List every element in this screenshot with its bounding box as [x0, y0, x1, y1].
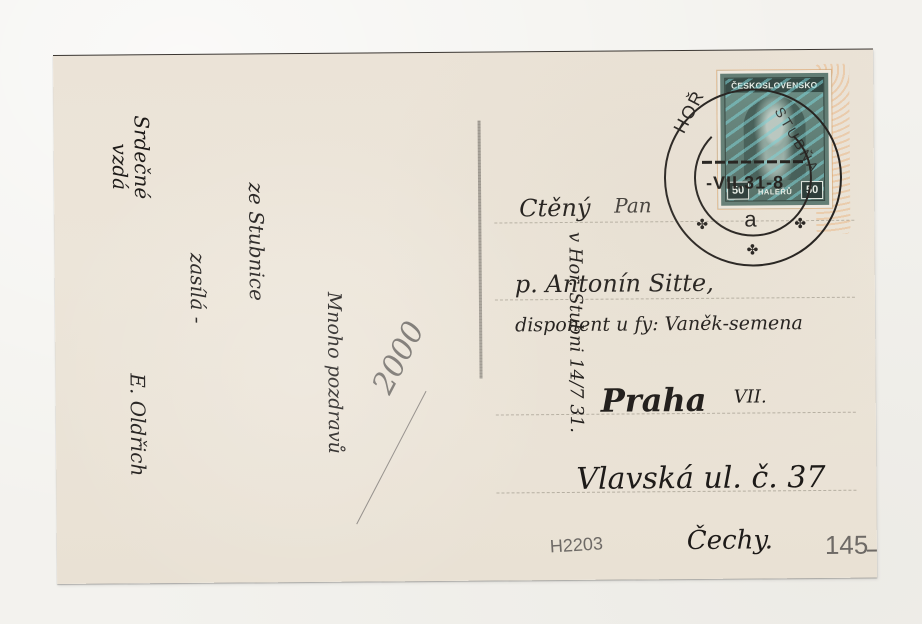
pencil-strike-line — [356, 391, 426, 524]
address-recipient-name: p. Antonín Sitte, — [515, 269, 714, 299]
message-line-5: zasílá - — [186, 253, 211, 324]
center-divider-line — [478, 121, 483, 379]
address-salutation-2: Pan — [614, 193, 652, 217]
address-country: Čechy. — [687, 525, 773, 556]
address-city: Praha — [601, 381, 707, 420]
ornament-icon: ✤ — [794, 216, 806, 232]
address-district: VII. — [734, 386, 767, 407]
pencil-dash — [867, 549, 877, 551]
pencil-number-note: 145 — [825, 530, 869, 561]
address-salutation: Ctěný — [519, 194, 590, 223]
pencil-price-note: 2000 — [366, 316, 432, 400]
message-signature: E. Oldřich — [126, 373, 151, 476]
postmark-letter: a — [744, 206, 756, 232]
message-line-2: vzdá — [108, 143, 132, 190]
pencil-reference-note: H2203 — [549, 533, 603, 557]
address-occupation: disponent u fy: Vaněk-semena — [515, 312, 803, 336]
message-line-1: Srdečné — [129, 115, 154, 199]
message-line-4: ze Stubnice — [244, 182, 269, 301]
postmark-town-left: HOŘ — [670, 86, 710, 136]
postmark-date: -VII.31-8 — [706, 172, 784, 194]
message-line-3: Mnoho pozdravů — [323, 292, 346, 454]
postcard: Srdečné vzdá Mnoho pozdravů ze Stubnice … — [53, 49, 877, 584]
postmark: HOŘ STUBŇA -VII.31-8 a ✤ ✤ ✤ — [663, 88, 842, 267]
ornament-icon: ✤ — [696, 217, 708, 233]
ornament-icon: ✤ — [746, 242, 758, 258]
address-street: Vlavská ul. č. 37 — [576, 460, 825, 497]
